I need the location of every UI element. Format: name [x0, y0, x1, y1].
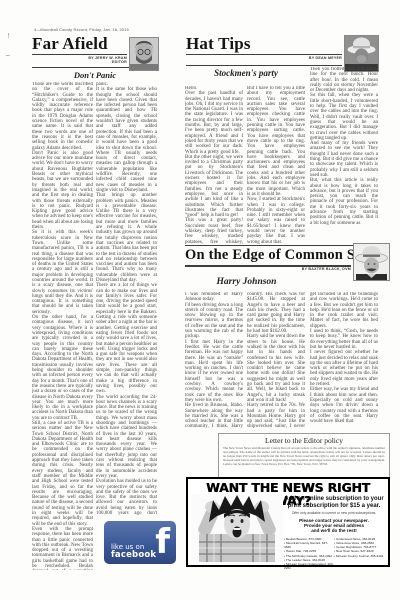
far-afield-byline: BY JERRY W. KRAM EDITOR — [32, 56, 127, 65]
ad-contact-text: Please contact your newspaper. Provide y… — [284, 518, 384, 534]
ad-paper-list-left: Beulah Beacon, 873-4381 Mountrail County… — [284, 537, 334, 571]
portrait-meyer-icon — [345, 36, 378, 71]
surprised-person-icon — [191, 494, 283, 562]
newspaper-page: ! ~ 4—Mountrail County Record, Friday, J… — [0, 0, 400, 600]
hat-tips-column-2: But I have to tell you a little about my… — [247, 86, 305, 244]
facebook-f-icon: f — [155, 522, 170, 562]
far-afield-column-2: panic. It is the same for those who thou… — [96, 82, 157, 515]
far-afield-subhead: Don't Panic — [32, 70, 158, 80]
ad-fine-print: Offer only available to current or new p… — [284, 511, 384, 515]
ad-photo — [191, 494, 283, 562]
common-sense-column-2: country. His check was for $145.00. He s… — [247, 292, 305, 429]
rule — [186, 65, 342, 66]
letter-policy-body: The New Town News and Mountrail County R… — [219, 445, 389, 467]
common-sense-column-1: I was reminded of Harry Johnson today. I… — [185, 292, 243, 429]
far-afield-column-1: Those are the words inscribed on the cov… — [32, 82, 93, 570]
rule — [186, 54, 342, 56]
letter-policy-title: Letter to the Editor policy — [219, 436, 389, 445]
common-sense-subhead: Harry Johnson — [185, 277, 308, 287]
facebook-line2: facebook — [111, 551, 156, 559]
hat-tips-title: Hat Tips — [186, 35, 251, 52]
ad-paper-list-right: Underwood News, 462-8126 Velva Area Voic… — [334, 537, 384, 571]
portrait-baxter-black-icon — [354, 244, 389, 280]
hat-tips-byline: BY DEAN MEYER — [186, 56, 342, 60]
letter-policy-box: Letter to the Editor policy The New Town… — [218, 433, 390, 481]
margin-mark: ~ — [5, 52, 11, 60]
portrait-kram-icon — [130, 38, 158, 70]
facebook-badge: like us on facebook f — [104, 521, 176, 564]
columnist-portrait-photo — [353, 243, 390, 281]
ad-copy: Add an online subscription to your print… — [284, 496, 384, 570]
ad-paper: Mountrail County Record, 627-4829 — [284, 541, 334, 549]
far-afield-title: Far Afield — [32, 35, 108, 52]
editor-portrait-photo — [129, 37, 159, 71]
page-folio: 4—Mountrail County Record, Friday, Jan. … — [34, 27, 129, 32]
common-sense-byline: BY BAXTER BLACK, DVM — [185, 267, 351, 271]
byline-role: EDITOR — [32, 60, 127, 64]
ad-paper: McLean County Journal, 365-3401 — [334, 554, 384, 558]
facebook-text: like us on facebook — [111, 543, 156, 559]
subscription-ad: Want the News Right Away? — [186, 477, 390, 567]
common-sense-column-3: get included in all the brandings and co… — [310, 292, 378, 429]
hat-tips-column-3: Then you trotted back and got in line fo… — [310, 67, 378, 244]
hat-tips-subhead: Stockmen's party — [186, 68, 306, 78]
ad-subline-1: Add an online subscription to your — [284, 496, 384, 503]
hat-tips-column-1: Hello. Over the past handful of decades,… — [185, 86, 243, 244]
ad-subline-2: print subscription for $15 a year. — [284, 503, 384, 510]
ad-paper: McLean County Independent, 463-2201 — [284, 562, 334, 570]
margin-mark: ! — [7, 32, 10, 40]
